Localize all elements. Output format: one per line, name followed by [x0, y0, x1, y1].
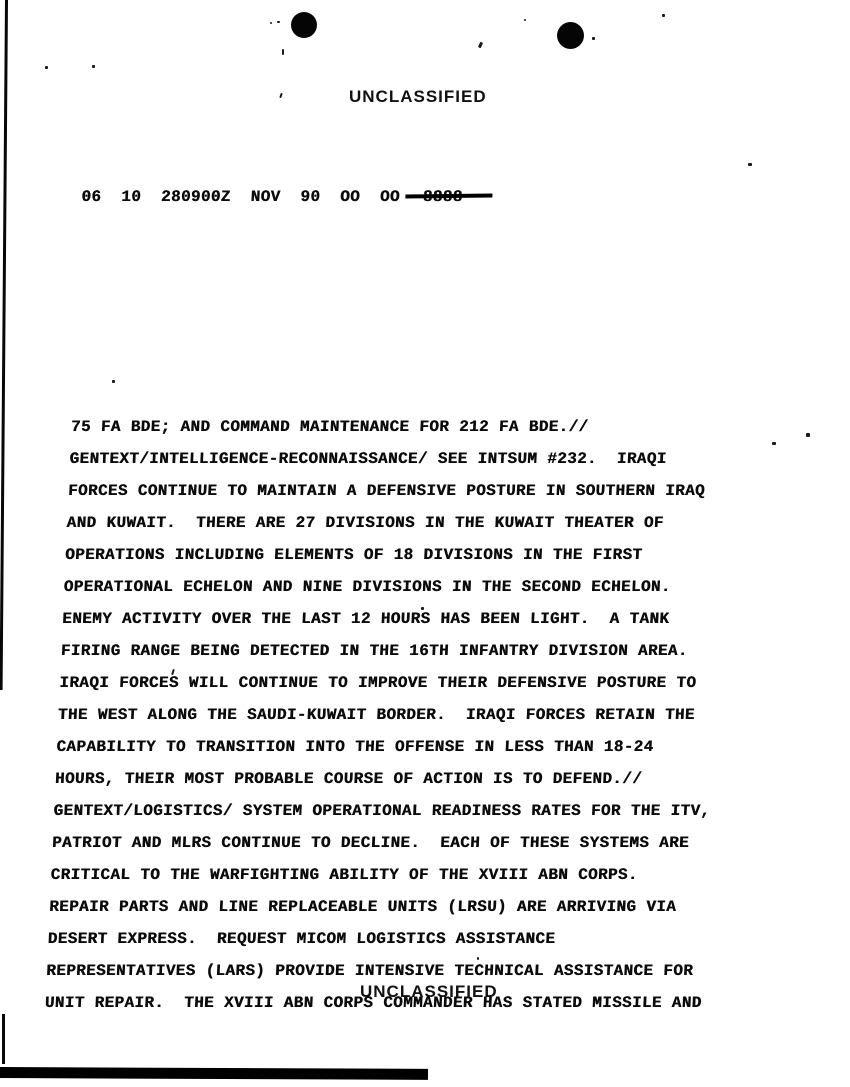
ink-speck	[45, 66, 48, 69]
typed-content-block: 06 10 280900Z NOV 90 OO OO 8888 75 FA BD…	[43, 117, 742, 1051]
document-line: THE WEST ALONG THE SAUDI-KUWAIT BORDER. …	[57, 699, 715, 731]
document-line: FIRING RANGE BEING DETECTED IN THE 16TH …	[60, 635, 718, 667]
strikethrough-bar	[406, 194, 493, 199]
ink-speck	[477, 957, 479, 960]
document-line: DESERT EXPRESS. REQUEST MICOM LOGISTICS …	[47, 923, 705, 955]
document-line: GENTEXT/INTELLIGENCE-RECONNAISSANCE/ SEE…	[69, 443, 727, 475]
struck-out-redaction: 8888	[409, 181, 493, 213]
ink-speck	[282, 49, 284, 55]
scanned-document-page: { "document": { "classification_top": "U…	[0, 0, 850, 1087]
ink-speck	[112, 380, 115, 383]
classification-banner-bottom: UNCLASSIFIED	[360, 982, 498, 1002]
document-line: PATRIOT AND MLRS CONTINUE TO DECLINE. EA…	[51, 827, 709, 859]
hole-punch-mark-left	[291, 12, 317, 38]
ink-speck	[279, 93, 283, 98]
classification-banner-top: UNCLASSIFIED	[349, 87, 487, 107]
ink-speck	[592, 37, 595, 40]
scan-edge-line-bottom	[2, 1014, 5, 1064]
document-line: HOURS, THEIR MOST PROBABLE COURSE OF ACT…	[54, 763, 712, 795]
ink-speck	[806, 433, 810, 437]
document-line: IRAQI FORCES WILL CONTINUE TO IMPROVE TH…	[59, 667, 717, 699]
document-line: FORCES CONTINUE TO MAINTAIN A DEFENSIVE …	[67, 475, 725, 507]
scan-edge-line-top	[0, 0, 7, 690]
document-body: 75 FA BDE; AND COMMAND MAINTENANCE FOR 2…	[44, 315, 733, 1019]
date-time-group: 06 10 280900Z NOV 90 OO OO	[81, 188, 410, 206]
document-line: CRITICAL TO THE WARFIGHTING ABILITY OF T…	[50, 859, 708, 891]
ink-speck	[92, 65, 95, 68]
document-line: OPERATIONAL ECHELON AND NINE DIVISIONS I…	[63, 571, 721, 603]
document-line: 75 FA BDE; AND COMMAND MAINTENANCE FOR 2…	[70, 411, 728, 443]
ink-speck	[772, 442, 776, 445]
ink-speck	[478, 42, 483, 49]
ink-speck	[748, 163, 752, 166]
document-line: ENEMY ACTIVITY OVER THE LAST 12 HOURS HA…	[61, 603, 719, 635]
document-line: OPERATIONS INCLUDING ELEMENTS OF 18 DIVI…	[64, 539, 722, 571]
ink-speck	[524, 19, 526, 21]
ink-speck	[662, 14, 665, 17]
document-line: AND KUWAIT. THERE ARE 27 DIVISIONS IN TH…	[66, 507, 724, 539]
ink-speck	[421, 607, 424, 610]
document-line: CAPABILITY TO TRANSITION INTO THE OFFENS…	[56, 731, 714, 763]
ink-speck	[277, 21, 280, 23]
date-time-group-line: 06 10 280900Z NOV 90 OO OO 8888	[81, 181, 739, 213]
hole-punch-mark-right	[557, 22, 584, 49]
ink-speck	[270, 22, 272, 24]
document-line: REPAIR PARTS AND LINE REPLACEABLE UNITS …	[48, 891, 706, 923]
bottom-redaction-bar	[0, 1067, 428, 1080]
document-line: GENTEXT/LOGISTICS/ SYSTEM OPERATIONAL RE…	[53, 795, 711, 827]
